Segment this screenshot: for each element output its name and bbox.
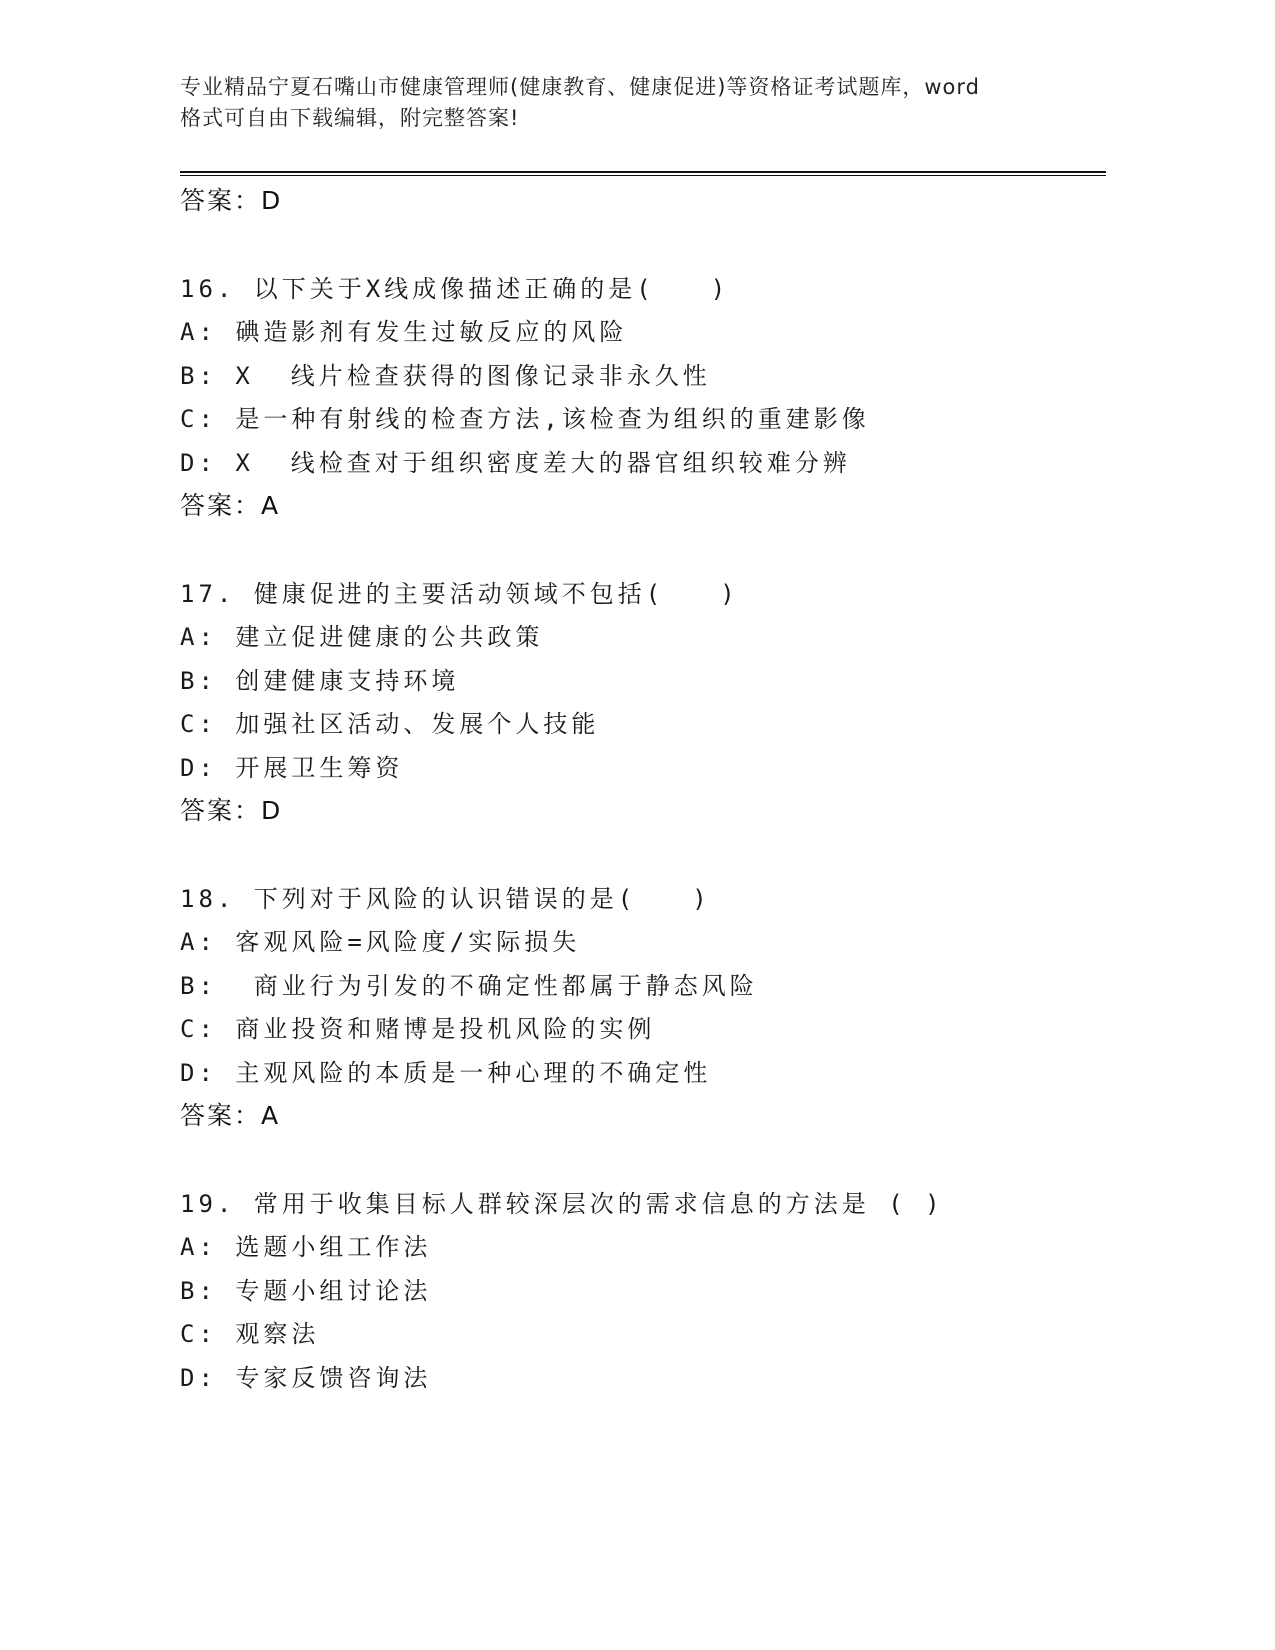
question-19-stem: 19. 常用于收集目标人群较深层次的需求信息的方法是 ( ) (180, 1189, 944, 1219)
question-17-option-a: A: 建立促进健康的公共政策 (180, 622, 543, 652)
question-17-option-b: B: 创建健康支持环境 (180, 666, 459, 696)
question-19-option-b: B: 专题小组讨论法 (180, 1276, 431, 1306)
question-17-stem: 17. 健康促进的主要活动领域不包括( ) (180, 579, 739, 609)
header-line-2: 格式可自由下载编辑，附完整答案! (180, 103, 1060, 134)
question-16-stem: 16. 以下关于X线成像描述正确的是( ) (180, 274, 729, 304)
question-16-answer: 答案：A (180, 491, 280, 521)
question-18-option-c: C: 商业投资和赌博是投机风险的实例 (180, 1014, 655, 1044)
document-page: 专业精品宁夏石嘴山市健康管理师(健康教育、健康促进)等资格证考试题库，word … (0, 0, 1275, 1650)
question-17-answer: 答案：D (180, 796, 282, 826)
header-line-1: 专业精品宁夏石嘴山市健康管理师(健康教育、健康促进)等资格证考试题库，word (180, 72, 1060, 103)
question-16-option-a: A: 碘造影剂有发生过敏反应的风险 (180, 317, 627, 347)
question-17-option-c: C: 加强社区活动、发展个人技能 (180, 709, 599, 739)
previous-answer: 答案：D (180, 186, 282, 216)
question-16-option-c: C: 是一种有射线的检查方法,该检查为组织的重建影像 (180, 404, 870, 434)
question-16-option-d: D: X 线检查对于组织密度差大的器官组织较难分辨 (180, 448, 851, 478)
question-18-answer: 答案：A (180, 1101, 280, 1131)
question-18-stem: 18. 下列对于风险的认识错误的是( ) (180, 884, 711, 914)
question-19-option-d: D: 专家反馈咨询法 (180, 1363, 431, 1393)
question-16-option-b: B: X 线片检查获得的图像记录非永久性 (180, 361, 711, 391)
question-17-option-d: D: 开展卫生筹资 (180, 753, 403, 783)
question-18-option-b: B: 商业行为引发的不确定性都属于静态风险 (180, 971, 758, 1001)
question-18-option-a: A: 客观风险=风险度/实际损失 (180, 927, 580, 957)
question-18-option-d: D: 主观风险的本质是一种心理的不确定性 (180, 1058, 711, 1088)
question-19-option-c: C: 观察法 (180, 1319, 319, 1349)
question-19-option-a: A: 选题小组工作法 (180, 1232, 431, 1262)
header-double-rule (180, 171, 1106, 177)
rule-thin (180, 175, 1106, 176)
rule-thick (180, 171, 1106, 173)
document-header: 专业精品宁夏石嘴山市健康管理师(健康教育、健康促进)等资格证考试题库，word … (180, 72, 1060, 134)
